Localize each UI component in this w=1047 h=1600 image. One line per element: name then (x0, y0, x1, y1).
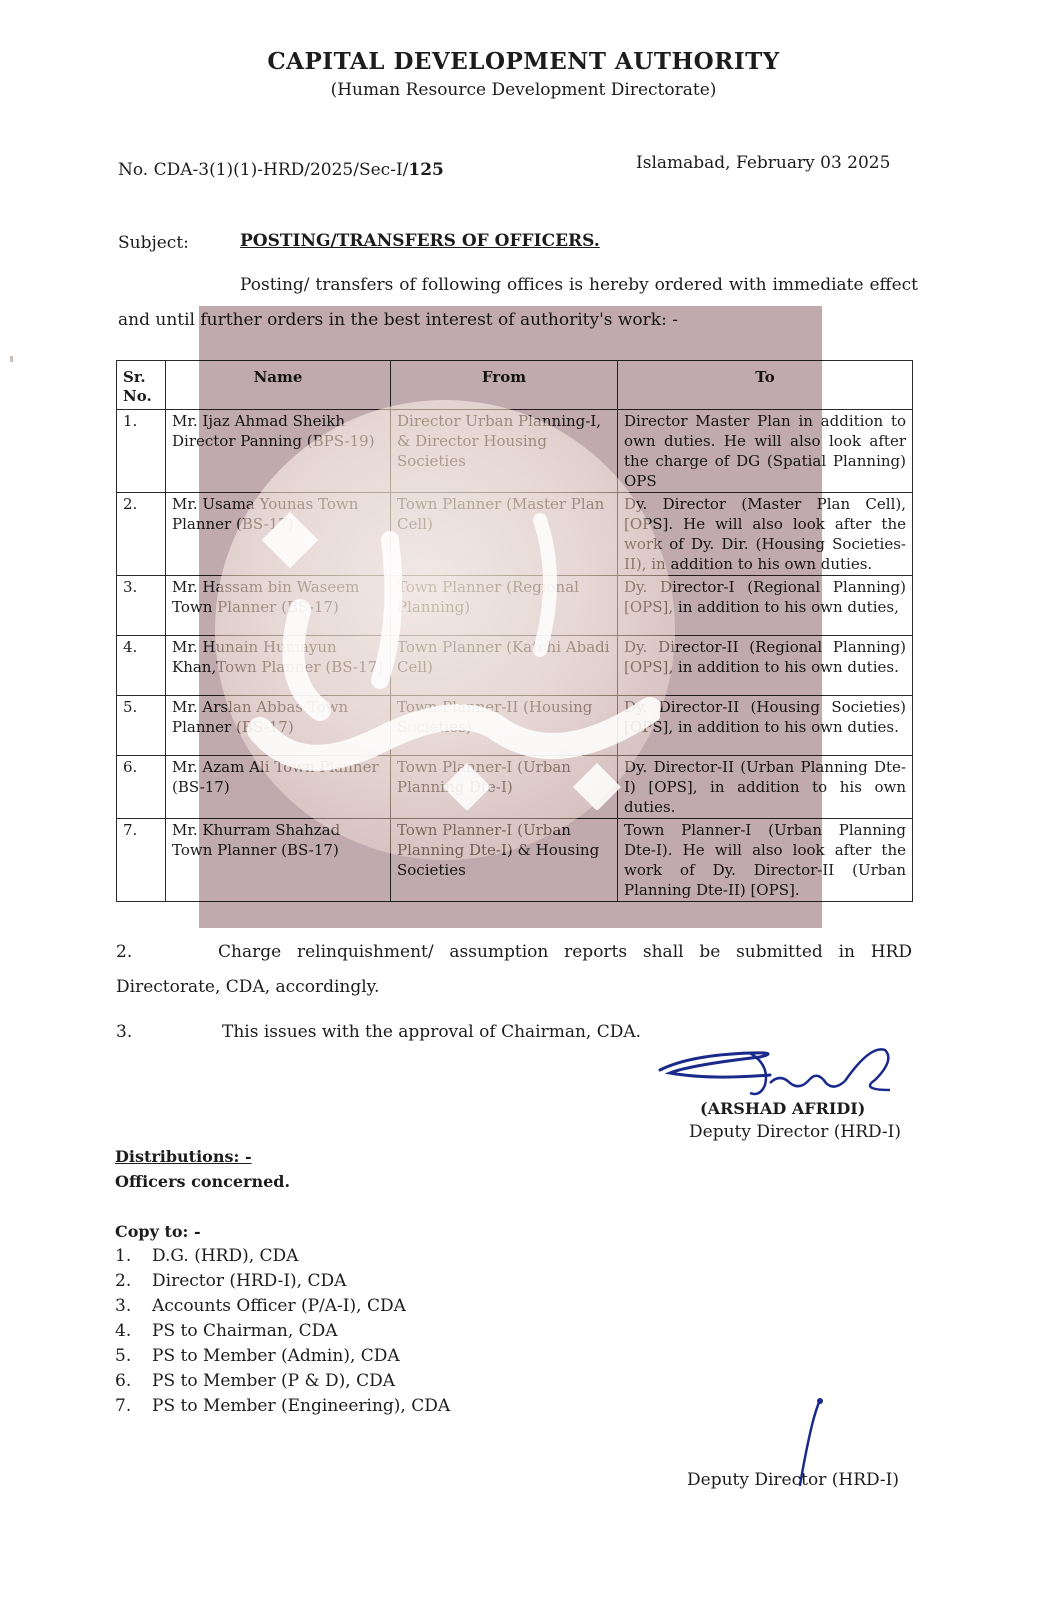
name-cell: Mr. Ijaz Ahmad Sheikh Director Panning (… (166, 410, 391, 493)
copy-to-item: 6.PS to Member (P & D), CDA (115, 1369, 450, 1394)
copy-to-item-number: 2. (115, 1269, 152, 1294)
sr-cell: 5. (117, 696, 166, 756)
sr-cell: 7. (117, 819, 166, 902)
copy-to-item: 7.PS to Member (Engineering), CDA (115, 1394, 450, 1419)
reference-number-prefix: No. CDA-3(1)(1)-HRD/2025/Sec-I/ (118, 160, 408, 180)
organization-title: CAPITAL DEVELOPMENT AUTHORITY (0, 48, 1047, 75)
header-sr-no: Sr. No. (117, 361, 166, 410)
copy-to-item-text: D.G. (HRD), CDA (152, 1246, 298, 1266)
copy-to-list: 1.D.G. (HRD), CDA2.Director (HRD-I), CDA… (115, 1244, 450, 1419)
paragraph-3-text: This issues with the approval of Chairma… (222, 1022, 641, 1042)
header-from: From (391, 361, 618, 410)
signatory-title: Deputy Director (HRD-I) (689, 1122, 901, 1142)
footer-signatory-title: Deputy Director (HRD-I) (687, 1470, 899, 1490)
distribution-label: Distributions: - (115, 1147, 252, 1166)
copy-to-item-number: 3. (115, 1294, 152, 1319)
copy-to-item-text: Accounts Officer (P/A-I), CDA (152, 1296, 406, 1316)
copy-to-item-number: 7. (115, 1394, 152, 1419)
copy-to-item-text: PS to Member (P & D), CDA (152, 1371, 395, 1391)
table-row: 4.Mr. Hunain Humayun Khan,Town Planner (… (117, 636, 913, 696)
reference-number-suffix: 125 (408, 160, 444, 180)
to-cell: Dy. Director-II (Urban Planning Dte-I) [… (618, 756, 913, 819)
transfers-table: Sr. No. Name From To 1.Mr. Ijaz Ahmad Sh… (116, 360, 913, 902)
sr-cell: 4. (117, 636, 166, 696)
from-cell: Town Planner (Master Plan Cell) (391, 493, 618, 576)
copy-to-item-text: Director (HRD-I), CDA (152, 1271, 346, 1291)
from-cell: Town Planner-I (Urban Planning Dte-I) (391, 756, 618, 819)
from-cell: Director Urban Planning-I, & Director Ho… (391, 410, 618, 493)
to-cell: Town Planner-I (Urban Planning Dte-I). H… (618, 819, 913, 902)
table-row: 7.Mr. Khurram Shahzad Town Planner (BS-1… (117, 819, 913, 902)
to-cell: Dy. Director (Master Plan Cell), [OPS]. … (618, 493, 913, 576)
reference-number: No. CDA-3(1)(1)-HRD/2025/Sec-I/125 (118, 160, 444, 180)
to-cell: Dy. Director-I (Regional Planning) [OPS]… (618, 576, 913, 636)
directorate-subtitle: (Human Resource Development Directorate) (0, 80, 1047, 100)
sr-cell: 1. (117, 410, 166, 493)
name-cell: Mr. Hunain Humayun Khan,Town Planner (BS… (166, 636, 391, 696)
copy-to-item-number: 4. (115, 1319, 152, 1344)
table-row: 5.Mr. Arslan Abbas Town Planner (BS-17)T… (117, 696, 913, 756)
copy-to-item: 5.PS to Member (Admin), CDA (115, 1344, 450, 1369)
from-cell: Town Planner (Regional Planning) (391, 576, 618, 636)
from-cell: Town Planner (Katchi Abadi Cell) (391, 636, 618, 696)
from-cell: Town Planner-I (Urban Planning Dte-I) & … (391, 819, 618, 902)
header-name: Name (166, 361, 391, 410)
table-header-row: Sr. No. Name From To (117, 361, 913, 410)
subject-text: POSTING/TRANSFERS OF OFFICERS. (240, 231, 600, 251)
sr-cell: 6. (117, 756, 166, 819)
name-cell: Mr. Khurram Shahzad Town Planner (BS-17) (166, 819, 391, 902)
copy-to-item-text: PS to Member (Admin), CDA (152, 1346, 400, 1366)
name-cell: Mr. Hassam bin Waseem Town Planner (BS-1… (166, 576, 391, 636)
table-row: 6.Mr. Azam Ali Town Planner (BS-17)Town … (117, 756, 913, 819)
paragraph-2-text: Charge relinquishment/ assumption report… (116, 942, 912, 997)
copy-to-item: 3.Accounts Officer (P/A-I), CDA (115, 1294, 450, 1319)
place-date: Islamabad, February 03 2025 (636, 153, 890, 173)
paragraph-2: 2.Charge relinquishment/ assumption repo… (116, 935, 912, 1005)
subject-label: Subject: (118, 233, 189, 253)
name-cell: Mr. Azam Ali Town Planner (BS-17) (166, 756, 391, 819)
distribution-text: Officers concerned. (115, 1172, 290, 1191)
table-row: 1.Mr. Ijaz Ahmad Sheikh Director Panning… (117, 410, 913, 493)
intro-paragraph: Posting/ transfers of following offices … (118, 268, 918, 338)
paragraph-2-number: 2. (116, 935, 218, 970)
signatory-name: (ARSHAD AFRIDI) (700, 1099, 865, 1118)
copy-to-label: Copy to: - (115, 1222, 201, 1241)
copy-to-item-number: 1. (115, 1244, 152, 1269)
copy-to-item-text: PS to Chairman, CDA (152, 1321, 338, 1341)
name-cell: Mr. Arslan Abbas Town Planner (BS-17) (166, 696, 391, 756)
signature-icon (650, 1035, 900, 1105)
to-cell: Dy. Director-II (Housing Societies) [OPS… (618, 696, 913, 756)
paragraph-3: 3.This issues with the approval of Chair… (116, 1022, 641, 1042)
sr-cell: 3. (117, 576, 166, 636)
table-row: 3.Mr. Hassam bin Waseem Town Planner (BS… (117, 576, 913, 636)
copy-to-item: 4.PS to Chairman, CDA (115, 1319, 450, 1344)
scan-speck (10, 356, 13, 362)
header-to: To (618, 361, 913, 410)
from-cell: Town Planner-II (Housing Societies) (391, 696, 618, 756)
copy-to-item: 2.Director (HRD-I), CDA (115, 1269, 450, 1294)
to-cell: Director Master Plan in addition to own … (618, 410, 913, 493)
sr-cell: 2. (117, 493, 166, 576)
copy-to-item-text: PS to Member (Engineering), CDA (152, 1396, 450, 1416)
copy-to-item-number: 6. (115, 1369, 152, 1394)
copy-to-item-number: 5. (115, 1344, 152, 1369)
paragraph-3-number: 3. (116, 1022, 222, 1042)
copy-to-item: 1.D.G. (HRD), CDA (115, 1244, 450, 1269)
to-cell: Dy. Director-II (Regional Planning) [OPS… (618, 636, 913, 696)
name-cell: Mr. Usama Younas Town Planner (BS-17) (166, 493, 391, 576)
table-row: 2.Mr. Usama Younas Town Planner (BS-17)T… (117, 493, 913, 576)
